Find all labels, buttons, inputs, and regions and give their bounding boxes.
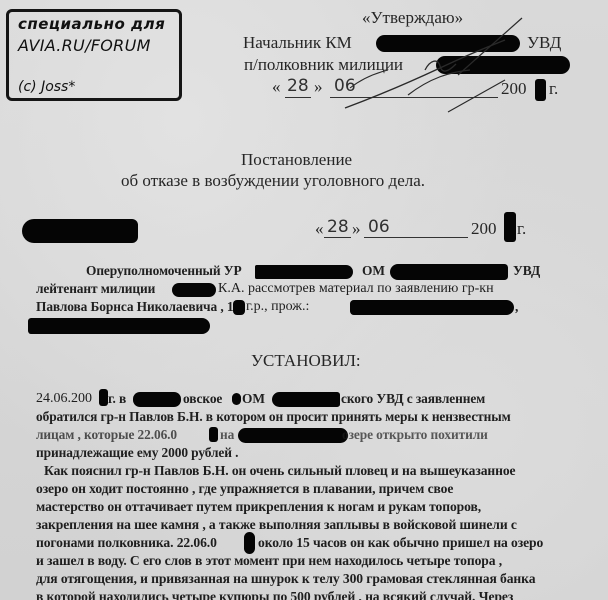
p1-line2: обратился гр-н Павлов Б.Н. в котором он … [36,409,511,425]
redaction [209,427,218,442]
approval-date-month: 06 [334,76,356,96]
redaction [233,300,245,315]
p2-line3: мастерство он оттачивает путем прикрепле… [36,499,481,515]
p1-line4: принадлежащие ему 2000 рублей . [36,445,238,461]
p2-line1: Как пояснил гр-н Павлов Б.Н. он очень си… [44,463,516,479]
date-close-quote: » [352,219,361,239]
title-line-2: об отказе в возбуждении уголовного дела. [121,171,425,191]
p1-line1-b: г. в [108,391,126,407]
date-year-prefix: 200 [471,219,497,239]
intro-line1-a: Оперуполномоченный УР [86,263,242,279]
p2-line2: озеро он ходит постоянно , где упражняет… [36,481,453,497]
date-month: 06 [368,217,390,237]
watermark-copyright: (c) Joss* [18,79,75,95]
underline [285,97,311,98]
p1-line3-c: озере открыто похитили [342,427,488,443]
p1-line3-b: на [220,427,234,443]
watermark-forum: AVIA.RU/FORUM [18,36,151,55]
redaction [244,532,255,554]
p1-line1-d: ОМ [242,391,265,407]
p2-line4: закрепления на шее камня , а также выпол… [36,517,517,533]
p2-line5-b: около 15 часов он как обычно пришел на о… [258,535,543,551]
p2-line7: для отягощения, и привязанная на шнурок … [36,571,535,587]
redaction [238,428,348,443]
intro-line1-c: УВД [513,263,540,279]
approval-heading: «Утверждаю» [362,8,463,28]
watermark-line-special: специально для [18,15,165,33]
intro-line2-a: лейтенант милиции [36,281,155,297]
redaction [22,219,138,243]
redaction [390,264,508,280]
redaction [133,392,181,407]
redaction [272,392,340,407]
p2-line6: и зашел в воду. С его слов в этот момент… [36,553,502,569]
redaction [28,318,210,334]
underline [324,237,351,238]
date-day: 28 [327,217,349,237]
approval-position-prefix: Начальник КМ [243,33,352,53]
redaction [255,265,353,279]
intro-line2-b: К.А. рассмотрев материал по заявлению гр… [218,281,494,297]
redaction [504,212,516,242]
watermark-box: специально для AVIA.RU/FORUM (c) Joss* [6,9,182,101]
approval-date-close-quote: » [314,77,323,97]
approval-date-year-suffix: г. [549,79,558,99]
intro-line3-b: г.р., прож.: [246,299,309,315]
redaction [436,56,570,74]
section-heading: УСТАНОВИЛ: [251,351,361,371]
redaction [172,283,216,297]
date-open-quote: « [315,219,324,239]
redaction [535,79,546,101]
redaction [350,300,514,315]
approval-rank: п/полковник милиции [244,55,403,75]
underline [364,237,468,238]
redaction [376,35,520,52]
intro-line1-b: ОМ [362,263,385,279]
title-line-1: Постановление [241,150,352,170]
redaction [232,393,241,405]
approval-date-day: 28 [287,76,309,96]
intro-line3-c: , [515,299,518,315]
intro-line3-a: Павлова Борнса Николаевича , 19 [36,299,240,315]
underline [330,97,498,98]
approval-date-open-quote: « [272,77,281,97]
p1-line3-a: лицам , которые 22.06.0 [36,427,177,443]
p2-line8: в которой находились четыре купюры по 50… [36,589,513,600]
approval-date-year-prefix: 200 [501,79,527,99]
p1-line1-a: 24.06.200 [36,391,92,407]
p1-line1-e: ского УВД с заявленнем [341,391,485,407]
p2-line5-a: погонами полковника. 22.06.0 [36,535,217,551]
redaction [99,389,108,406]
p1-line1-c: овское [183,391,222,407]
date-year-suffix: г. [517,219,526,239]
approval-position-suffix: УВД [527,33,561,53]
